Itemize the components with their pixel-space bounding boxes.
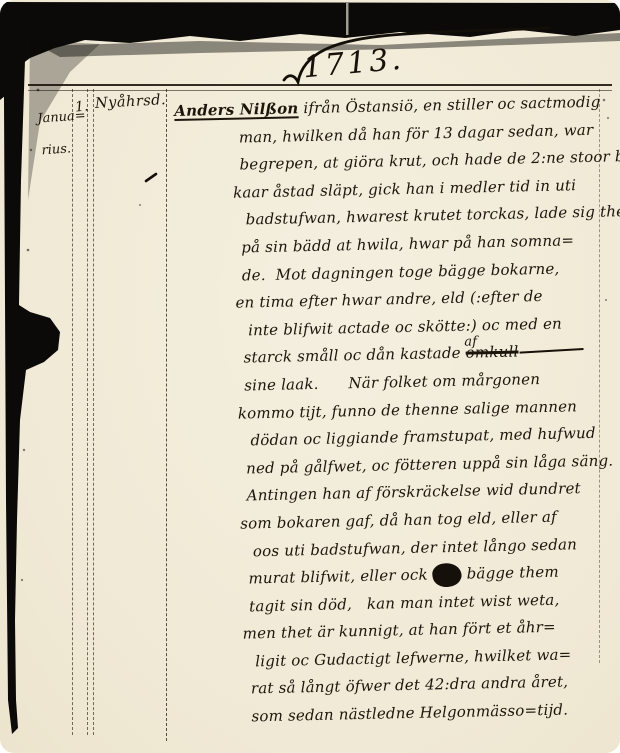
margin-month-label: Janua= rius. [19,93,74,176]
column-rule-day-right [93,89,94,735]
inserted-word: af [464,335,477,350]
month-label-line2: rius. [41,141,72,158]
ink-blot: af [431,561,463,588]
manuscript-line-text: starck småll oc dån kastade [243,344,465,367]
year-heading: 1713. [302,42,406,86]
margin-day-number: 1. [74,98,89,115]
stray-pen-mark [146,174,156,181]
strike-flourish [519,348,583,357]
manuscript-line-text: murat blifwit, eller ock [248,566,433,588]
manuscript-line-text: ifrån Östansiö, en stiller oc sactmodig [298,93,600,118]
manuscript-page: 1713. Janua= rius. 1. Nyåhrsd. Anders Ni… [0,0,620,753]
entry-text: Anders Nilßon ifrån Östansiö, en stiller… [172,88,620,732]
column-rule-month [72,89,73,735]
column-rule-day-left [87,89,88,735]
column-rule-text [166,89,167,741]
manuscript-line-text: bägge them [461,563,559,583]
margin-feast-day: Nyåhrsd. [95,92,167,112]
entry-name: Anders Nilßon [174,99,299,120]
